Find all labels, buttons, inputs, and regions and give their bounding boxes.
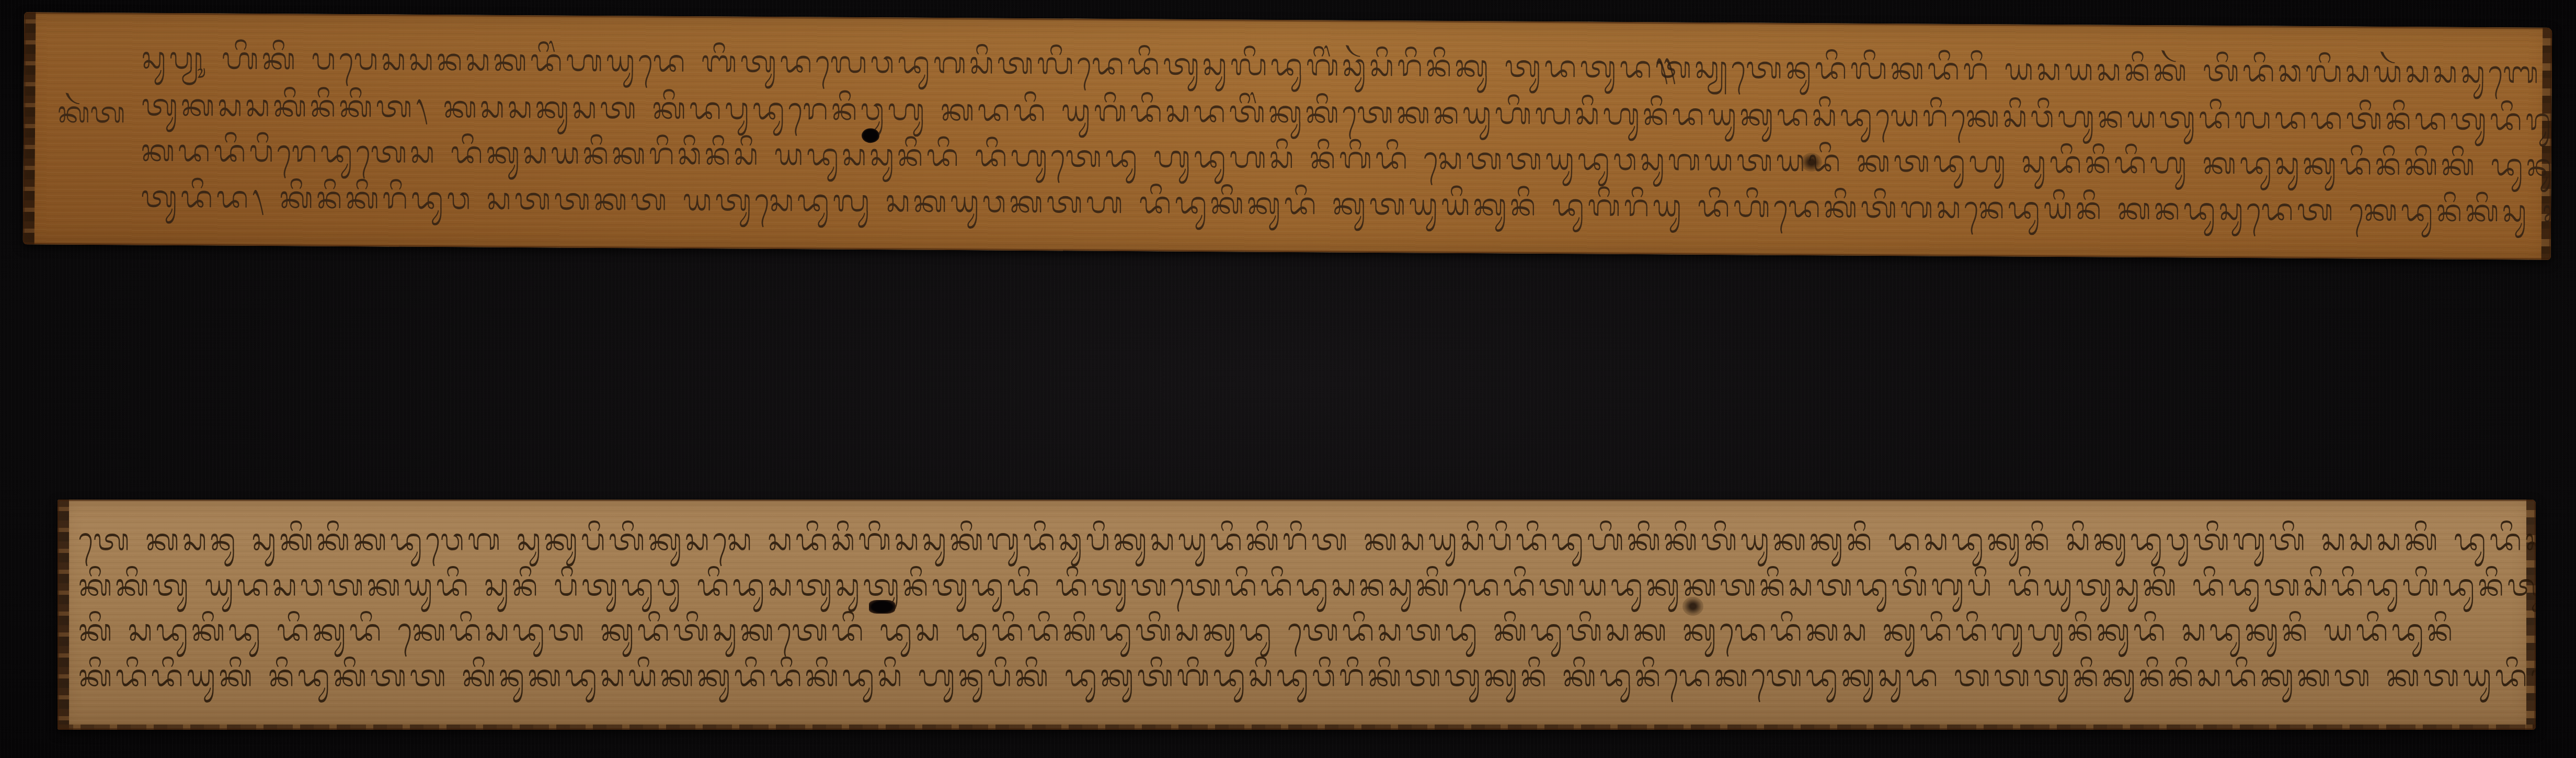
binding-hole-right	[1801, 153, 1822, 172]
leaf-edge-damage-bottom	[58, 725, 2536, 730]
ornament-glyph-icon: ᭟	[1655, 43, 1675, 99]
margin-annotation: ᬓᬃᬢ	[58, 91, 125, 144]
binding-hole-left	[869, 600, 895, 614]
leaf-edge-damage-left	[23, 12, 36, 244]
palm-leaf-lower: ᬢᬾ ᬓᬲᬦᬸ ᬲᬸᬓᬶᬓᬶᬓᬤᬸᬯᬾᬕ ᬲᬸᬓᬸᬧᬶᬢᬶᬓᬸᬲᬲᬾ ᬲᬤᬶᬘᬶ…	[58, 500, 2536, 730]
binding-hole-right	[1682, 597, 1703, 616]
binding-hole-left	[862, 128, 879, 143]
script-line-4: ᬓᬶᬤᬶᬤᬶᬬᬸᬓᬶ ᬦᬶᬤᬸᬓᬶᬢᬢ ᬓᬶᬦᬸᬓᬤᬸᬲᬬᬶᬓᬓᬸᬤᬶᬤᬶᬓᬶᬤ…	[78, 654, 2536, 708]
leaf-edge-damage-left	[58, 500, 69, 730]
palm-leaf-upper: ᬓᬃᬢ ᬲᬸᬧ᭄ᬬᬸ ᬳᬶᬓᬶ ᬧᬧᬾᬲᬲᬦᬲᬓᬤᬶᬂᬳᬬᬸᬤᬾ ᬩᬶᬢᬸᬤᬮᬾ…	[23, 12, 2552, 260]
